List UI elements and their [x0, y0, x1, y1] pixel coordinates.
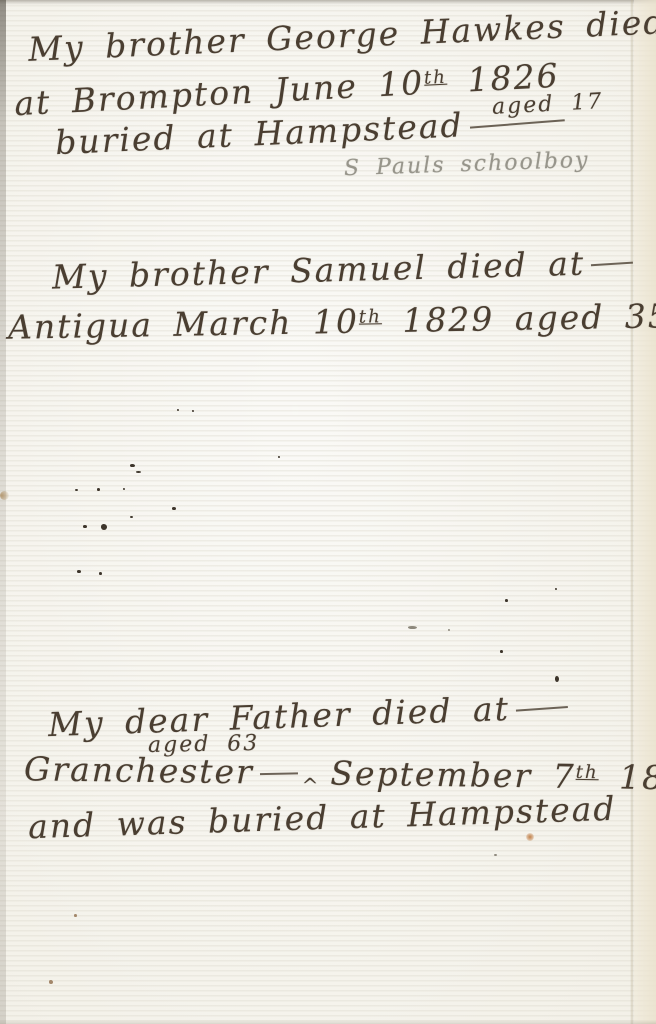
ink-blot [555, 676, 559, 682]
ink-speck [77, 570, 81, 573]
ink-speck [99, 572, 102, 575]
entry-father-line1-text: My dear Father died at [47, 689, 510, 744]
ink-speck [75, 489, 78, 491]
ink-speck [555, 588, 557, 590]
ink-speck [177, 409, 179, 411]
edge-stain [0, 491, 9, 500]
ordinal-suffix: th [359, 306, 382, 327]
entry-samuel-line1: My brother Samuel died at [52, 242, 634, 296]
pencil-note-schoolboy: S Pauls schoolboy [344, 148, 590, 182]
ink-speck [123, 488, 125, 490]
ink-speck [448, 629, 450, 631]
ink-speck [500, 650, 503, 653]
smudge [408, 626, 417, 629]
ink-speck [97, 488, 100, 491]
ink-speck [130, 464, 135, 467]
paper-spot [74, 914, 77, 917]
insertion-caret: ^ [302, 774, 321, 797]
ink-speck [192, 410, 194, 412]
scan-edge-top [0, 0, 656, 5]
pen-flourish [516, 706, 568, 712]
pen-flourish [470, 119, 565, 128]
ink-blot [101, 524, 107, 530]
entry-samuel-line1-text: My brother Samuel died at [52, 244, 586, 297]
ink-speck [130, 516, 133, 518]
ordinal-suffix: th [423, 67, 447, 89]
ink-speck [83, 525, 87, 528]
entry-samuel-line2-text: Antigua March 10 [8, 302, 360, 347]
ordinal-suffix: th [576, 762, 599, 783]
entry-father-line1: My dear Father died at [47, 687, 568, 744]
entry-father-line2-month: September 7 [330, 753, 576, 795]
manuscript-page: My brother George Hawkes died at Brompto… [0, 0, 656, 1024]
scan-edge-bottom [0, 1020, 656, 1024]
ink-speck [505, 599, 508, 602]
ink-speck [136, 471, 141, 473]
scan-edge-right [634, 0, 656, 1024]
ink-speck [278, 456, 280, 458]
pen-flourish [260, 772, 298, 775]
paper-spot [49, 980, 53, 984]
scan-edge-left [0, 0, 6, 1024]
entry-samuel-line2: Antigua March 10th 1829 aged 35 [8, 296, 656, 347]
foxing-stain [526, 833, 534, 841]
pen-flourish [591, 262, 633, 267]
ink-speck [494, 854, 497, 856]
entry-samuel-line2-rest: 1829 aged 35 [382, 296, 656, 340]
entry-george-line1: My brother George Hawkes died [27, 2, 656, 69]
ink-speck [172, 507, 176, 510]
entry-father-line2-place: Granchester [24, 749, 254, 791]
